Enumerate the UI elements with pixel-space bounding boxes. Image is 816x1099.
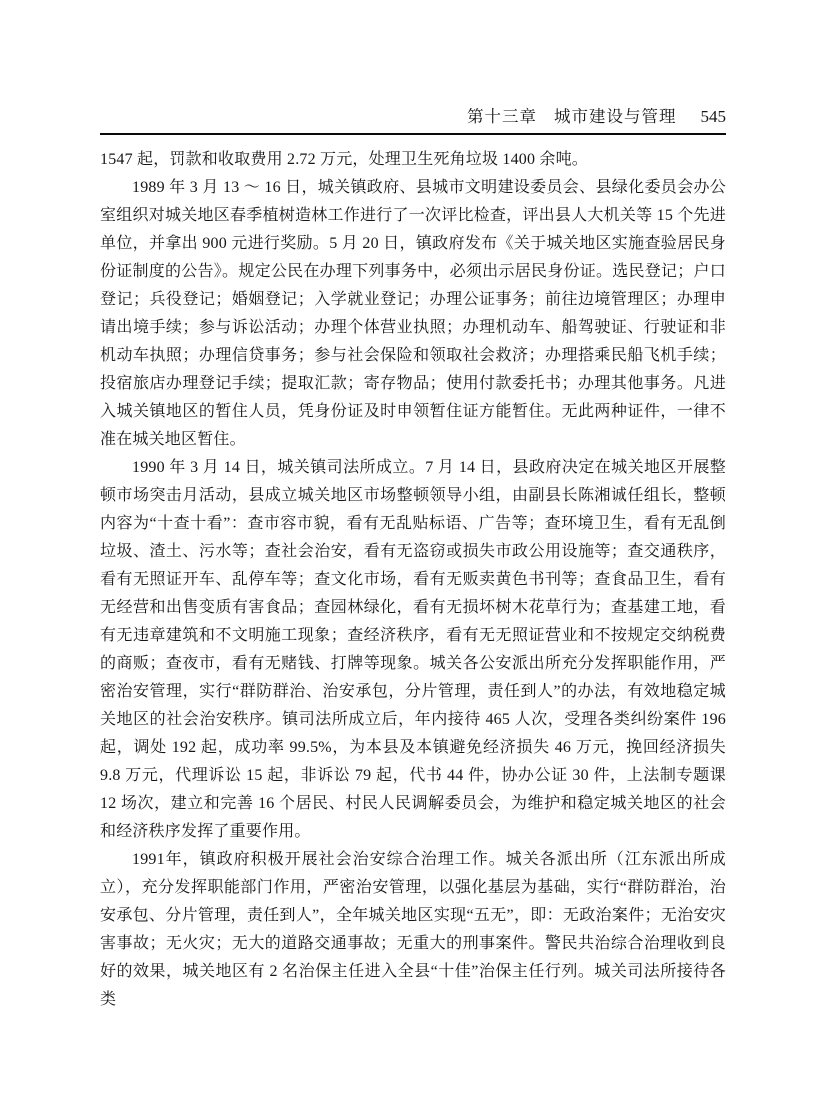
chapter-label: 第十三章 (467, 106, 537, 128)
book-page: 第十三章 城市建设与管理 545 1547 起，罚款和收取费用 2.72 万元，… (0, 0, 816, 1099)
paragraph-1991: 1991年，镇政府积极开展社会治安综合治理工作。城关各派出所（江东派出所成立），… (100, 846, 726, 1014)
paragraph-continuation: 1547 起，罚款和收取费用 2.72 万元，处理卫生死角垃圾 1400 余吨。 (100, 146, 726, 174)
section-title: 城市建设与管理 (554, 106, 677, 128)
page-header: 第十三章 城市建设与管理 545 (100, 106, 726, 135)
paragraph-1989: 1989 年 3 月 13 ～ 16 日，城关镇政府、县城市文明建设委员会、县绿… (100, 174, 726, 454)
page-content: 第十三章 城市建设与管理 545 1547 起，罚款和收取费用 2.72 万元，… (100, 106, 726, 1014)
page-number: 545 (701, 106, 727, 128)
paragraph-1990: 1990 年 3 月 14 日，城关镇司法所成立。7 月 14 日，县政府决定在… (100, 454, 726, 846)
body-text: 1547 起，罚款和收取费用 2.72 万元，处理卫生死角垃圾 1400 余吨。… (100, 135, 726, 1014)
